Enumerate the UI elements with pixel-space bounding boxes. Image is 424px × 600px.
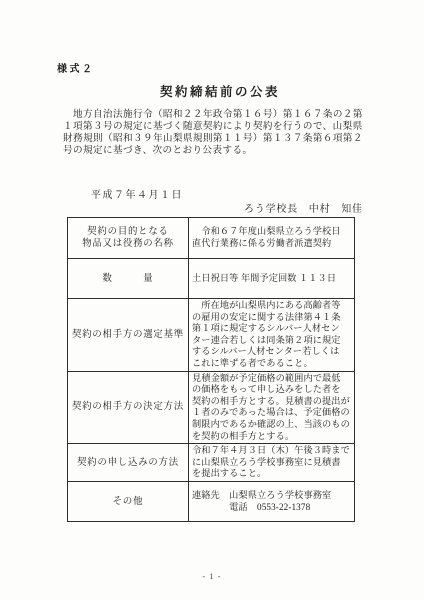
row-value: 見積金額が予定価格の範囲内で最低 の価格をもって申し込みをした者を 契約の相手方… <box>189 371 355 444</box>
page-number: - 1 - <box>0 571 424 581</box>
row-label: その他 <box>68 482 189 522</box>
row-label: 数 量 <box>68 259 189 299</box>
issue-date: 平成７年４月１日 <box>91 186 183 201</box>
row-value: 令和７年４月３日（木）午後３時まで に山梨県立ろう学校事務室に見積書 を提出する… <box>189 444 355 482</box>
table-row-quantity: 数 量 土日祝日等 年間予定回数 １１３日 <box>68 259 355 299</box>
signer-name: ろう学校長 中村 知佳 <box>244 200 363 215</box>
document-title: 契約締結前の公表 <box>14 82 424 100</box>
preamble-paragraph: 地方自治法施行令（昭和２２年政令第１６号）第１６７条の２第 １項第３号の規定に基… <box>63 109 365 157</box>
table-row-other: その他 連絡先 山梨県立ろう学校事務室 電話 0553-22-1378 <box>68 482 355 522</box>
document-page: 様式２ 契約締結前の公表 地方自治法施行令（昭和２２年政令第１６号）第１６７条の… <box>0 0 424 600</box>
row-value: 連絡先 山梨県立ろう学校事務室 電話 0553-22-1378 <box>189 482 355 522</box>
row-label: 契約の目的となる 物品又は役務の名称 <box>68 218 189 259</box>
table-row-application-method: 契約の申し込みの方法 令和７年４月３日（木）午後３時まで に山梨県立ろう学校事務… <box>68 444 355 482</box>
form-number-label: 様式２ <box>57 60 95 75</box>
contract-table: 契約の目的となる 物品又は役務の名称 令和６７年度山梨県立ろう学校日 直代行業務… <box>67 217 355 522</box>
row-label: 契約の相手方の決定方法 <box>68 371 189 444</box>
row-label: 契約の申し込みの方法 <box>68 444 189 482</box>
table-row-selection-criteria: 契約の相手方の選定基準 所在地が山梨県内にある高齢者等 の雇用の安定に関する法律… <box>68 299 355 372</box>
row-value: 所在地が山梨県内にある高齢者等 の雇用の安定に関する法律第４１条 第１項に規定す… <box>189 299 355 372</box>
table-row-contract-name: 契約の目的となる 物品又は役務の名称 令和６７年度山梨県立ろう学校日 直代行業務… <box>68 218 355 259</box>
row-label: 契約の相手方の選定基準 <box>68 299 189 372</box>
table-row-decision-method: 契約の相手方の決定方法 見積金額が予定価格の範囲内で最低 の価格をもって申し込み… <box>68 371 355 444</box>
row-value: 令和６７年度山梨県立ろう学校日 直代行業務に係る労働者派遣契約 <box>189 218 355 259</box>
row-value: 土日祝日等 年間予定回数 １１３日 <box>189 259 355 299</box>
